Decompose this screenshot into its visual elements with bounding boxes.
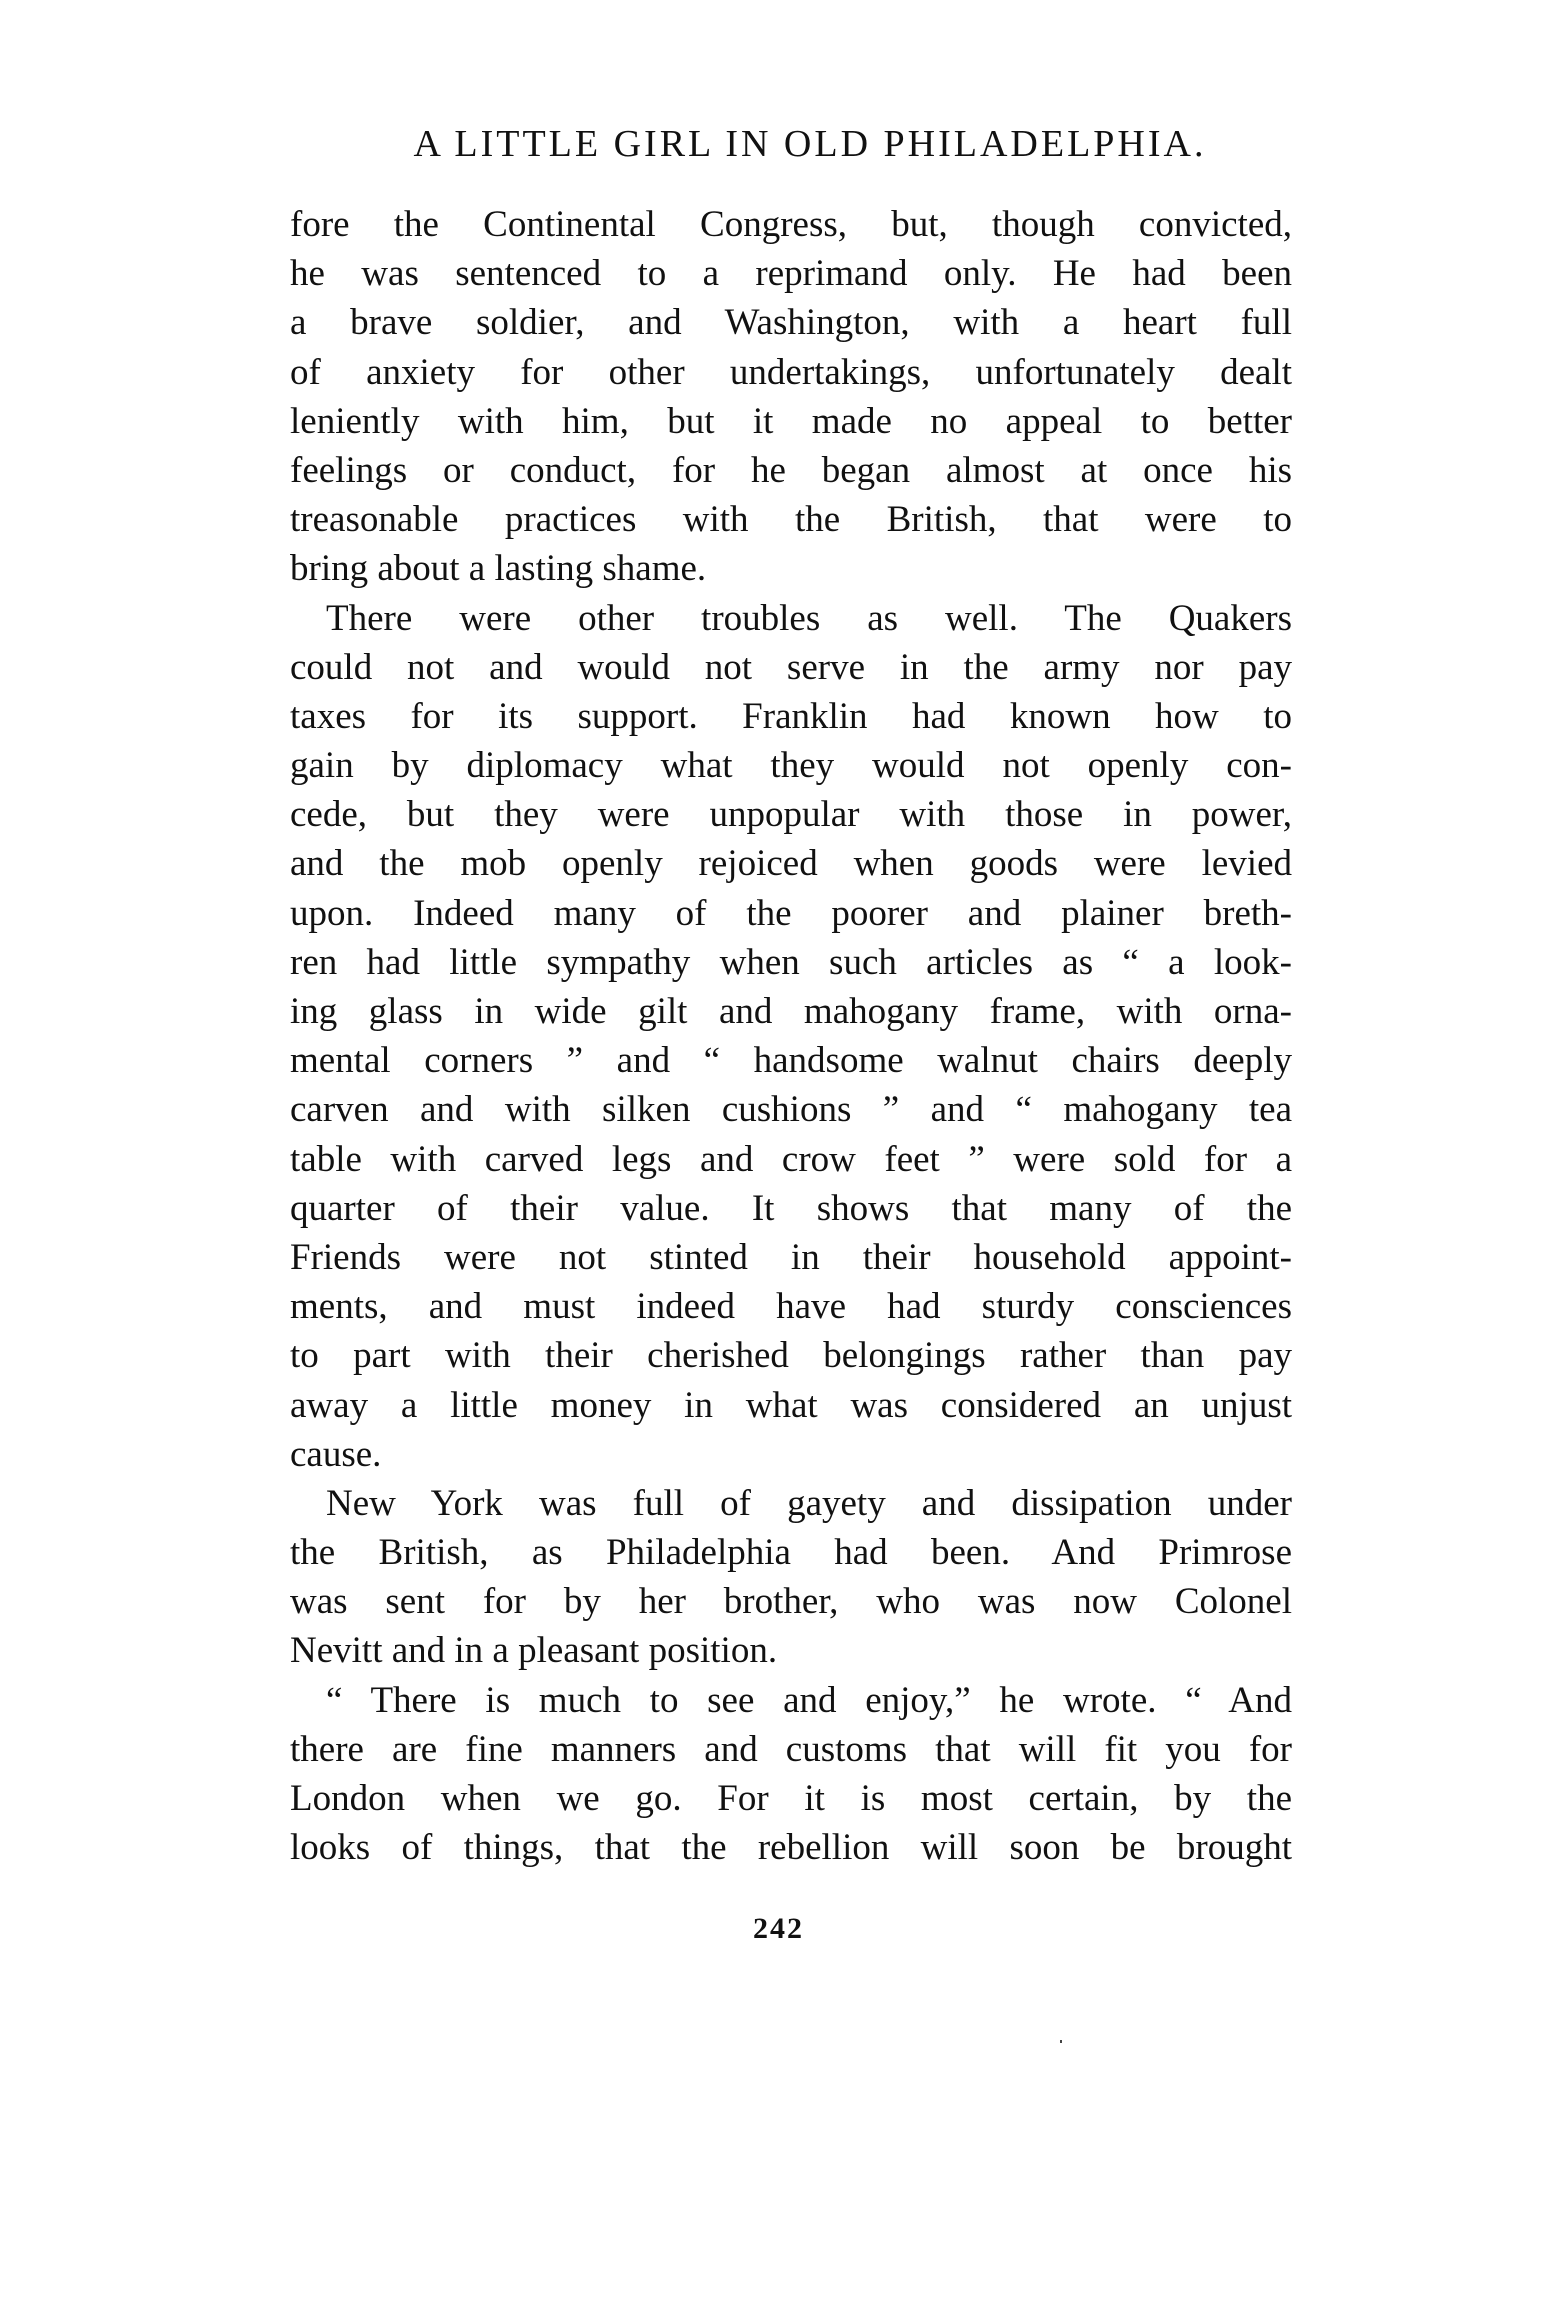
text-line: to part with their cherished belongings …	[290, 1331, 1292, 1380]
text-line: There were other troubles as well. The Q…	[290, 594, 1292, 643]
book-page: A LITTLE GIRL IN OLD PHILADELPHIA. fore …	[0, 0, 1557, 2320]
text-line: cede, but they were unpopular with those…	[290, 790, 1292, 839]
text-line: and the mob openly rejoiced when goods w…	[290, 839, 1292, 888]
text-line: quarter of their value. It shows that ma…	[290, 1184, 1292, 1233]
text-line: away a little money in what was consider…	[290, 1381, 1292, 1430]
text-line: treasonable practices with the British, …	[290, 495, 1292, 544]
text-line: there are fine manners and customs that …	[290, 1725, 1292, 1774]
text-line: a brave soldier, and Washington, with a …	[290, 298, 1292, 347]
text-line: ing glass in wide gilt and mahogany fram…	[290, 987, 1292, 1036]
text-line: ren had little sympathy when such articl…	[290, 938, 1292, 987]
text-line: taxes for its support. Franklin had know…	[290, 692, 1292, 741]
text-line: looks of things, that the rebellion will…	[290, 1823, 1292, 1872]
text-line: carven and with silken cushions ” and “ …	[290, 1085, 1292, 1134]
text-line: Nevitt and in a pleasant position.	[290, 1626, 1292, 1675]
text-line: table with carved legs and crow feet ” w…	[290, 1135, 1292, 1184]
text-line: the British, as Philadelphia had been. A…	[290, 1528, 1292, 1577]
paragraph-4: “ There is much to see and enjoy,” he wr…	[290, 1676, 1292, 1873]
text-line: gain by diplomacy what they would not op…	[290, 741, 1292, 790]
text-line: upon. Indeed many of the poorer and plai…	[290, 889, 1292, 938]
running-head: A LITTLE GIRL IN OLD PHILADELPHIA.	[320, 122, 1300, 166]
text-line: ments, and must indeed have had sturdy c…	[290, 1282, 1292, 1331]
paragraph-1: fore the Continental Congress, but, thou…	[290, 200, 1292, 594]
paragraph-2: There were other troubles as well. The Q…	[290, 594, 1292, 1479]
text-line: Friends were not stinted in their househ…	[290, 1233, 1292, 1282]
text-line: leniently with him, but it made no appea…	[290, 397, 1292, 446]
text-line: he was sentenced to a reprimand only. He…	[290, 249, 1292, 298]
paragraph-3: New York was full of gayety and dissipat…	[290, 1479, 1292, 1676]
text-line: mental corners ” and “ handsome walnut c…	[290, 1036, 1292, 1085]
text-line: “ There is much to see and enjoy,” he wr…	[290, 1676, 1292, 1725]
text-line: of anxiety for other undertakings, unfor…	[290, 348, 1292, 397]
text-line: bring about a lasting shame.	[290, 544, 1292, 593]
text-line: fore the Continental Congress, but, thou…	[290, 200, 1292, 249]
text-line: could not and would not serve in the arm…	[290, 643, 1292, 692]
scan-speck	[1060, 2040, 1062, 2043]
text-line: cause.	[290, 1430, 1292, 1479]
text-line: London when we go. For it is most certai…	[290, 1774, 1292, 1823]
text-line: feelings or conduct, for he began almost…	[290, 446, 1292, 495]
body-text: fore the Continental Congress, but, thou…	[290, 200, 1292, 1872]
text-line: New York was full of gayety and dissipat…	[290, 1479, 1292, 1528]
page-number: 242	[0, 1912, 1557, 1946]
text-line: was sent for by her brother, who was now…	[290, 1577, 1292, 1626]
